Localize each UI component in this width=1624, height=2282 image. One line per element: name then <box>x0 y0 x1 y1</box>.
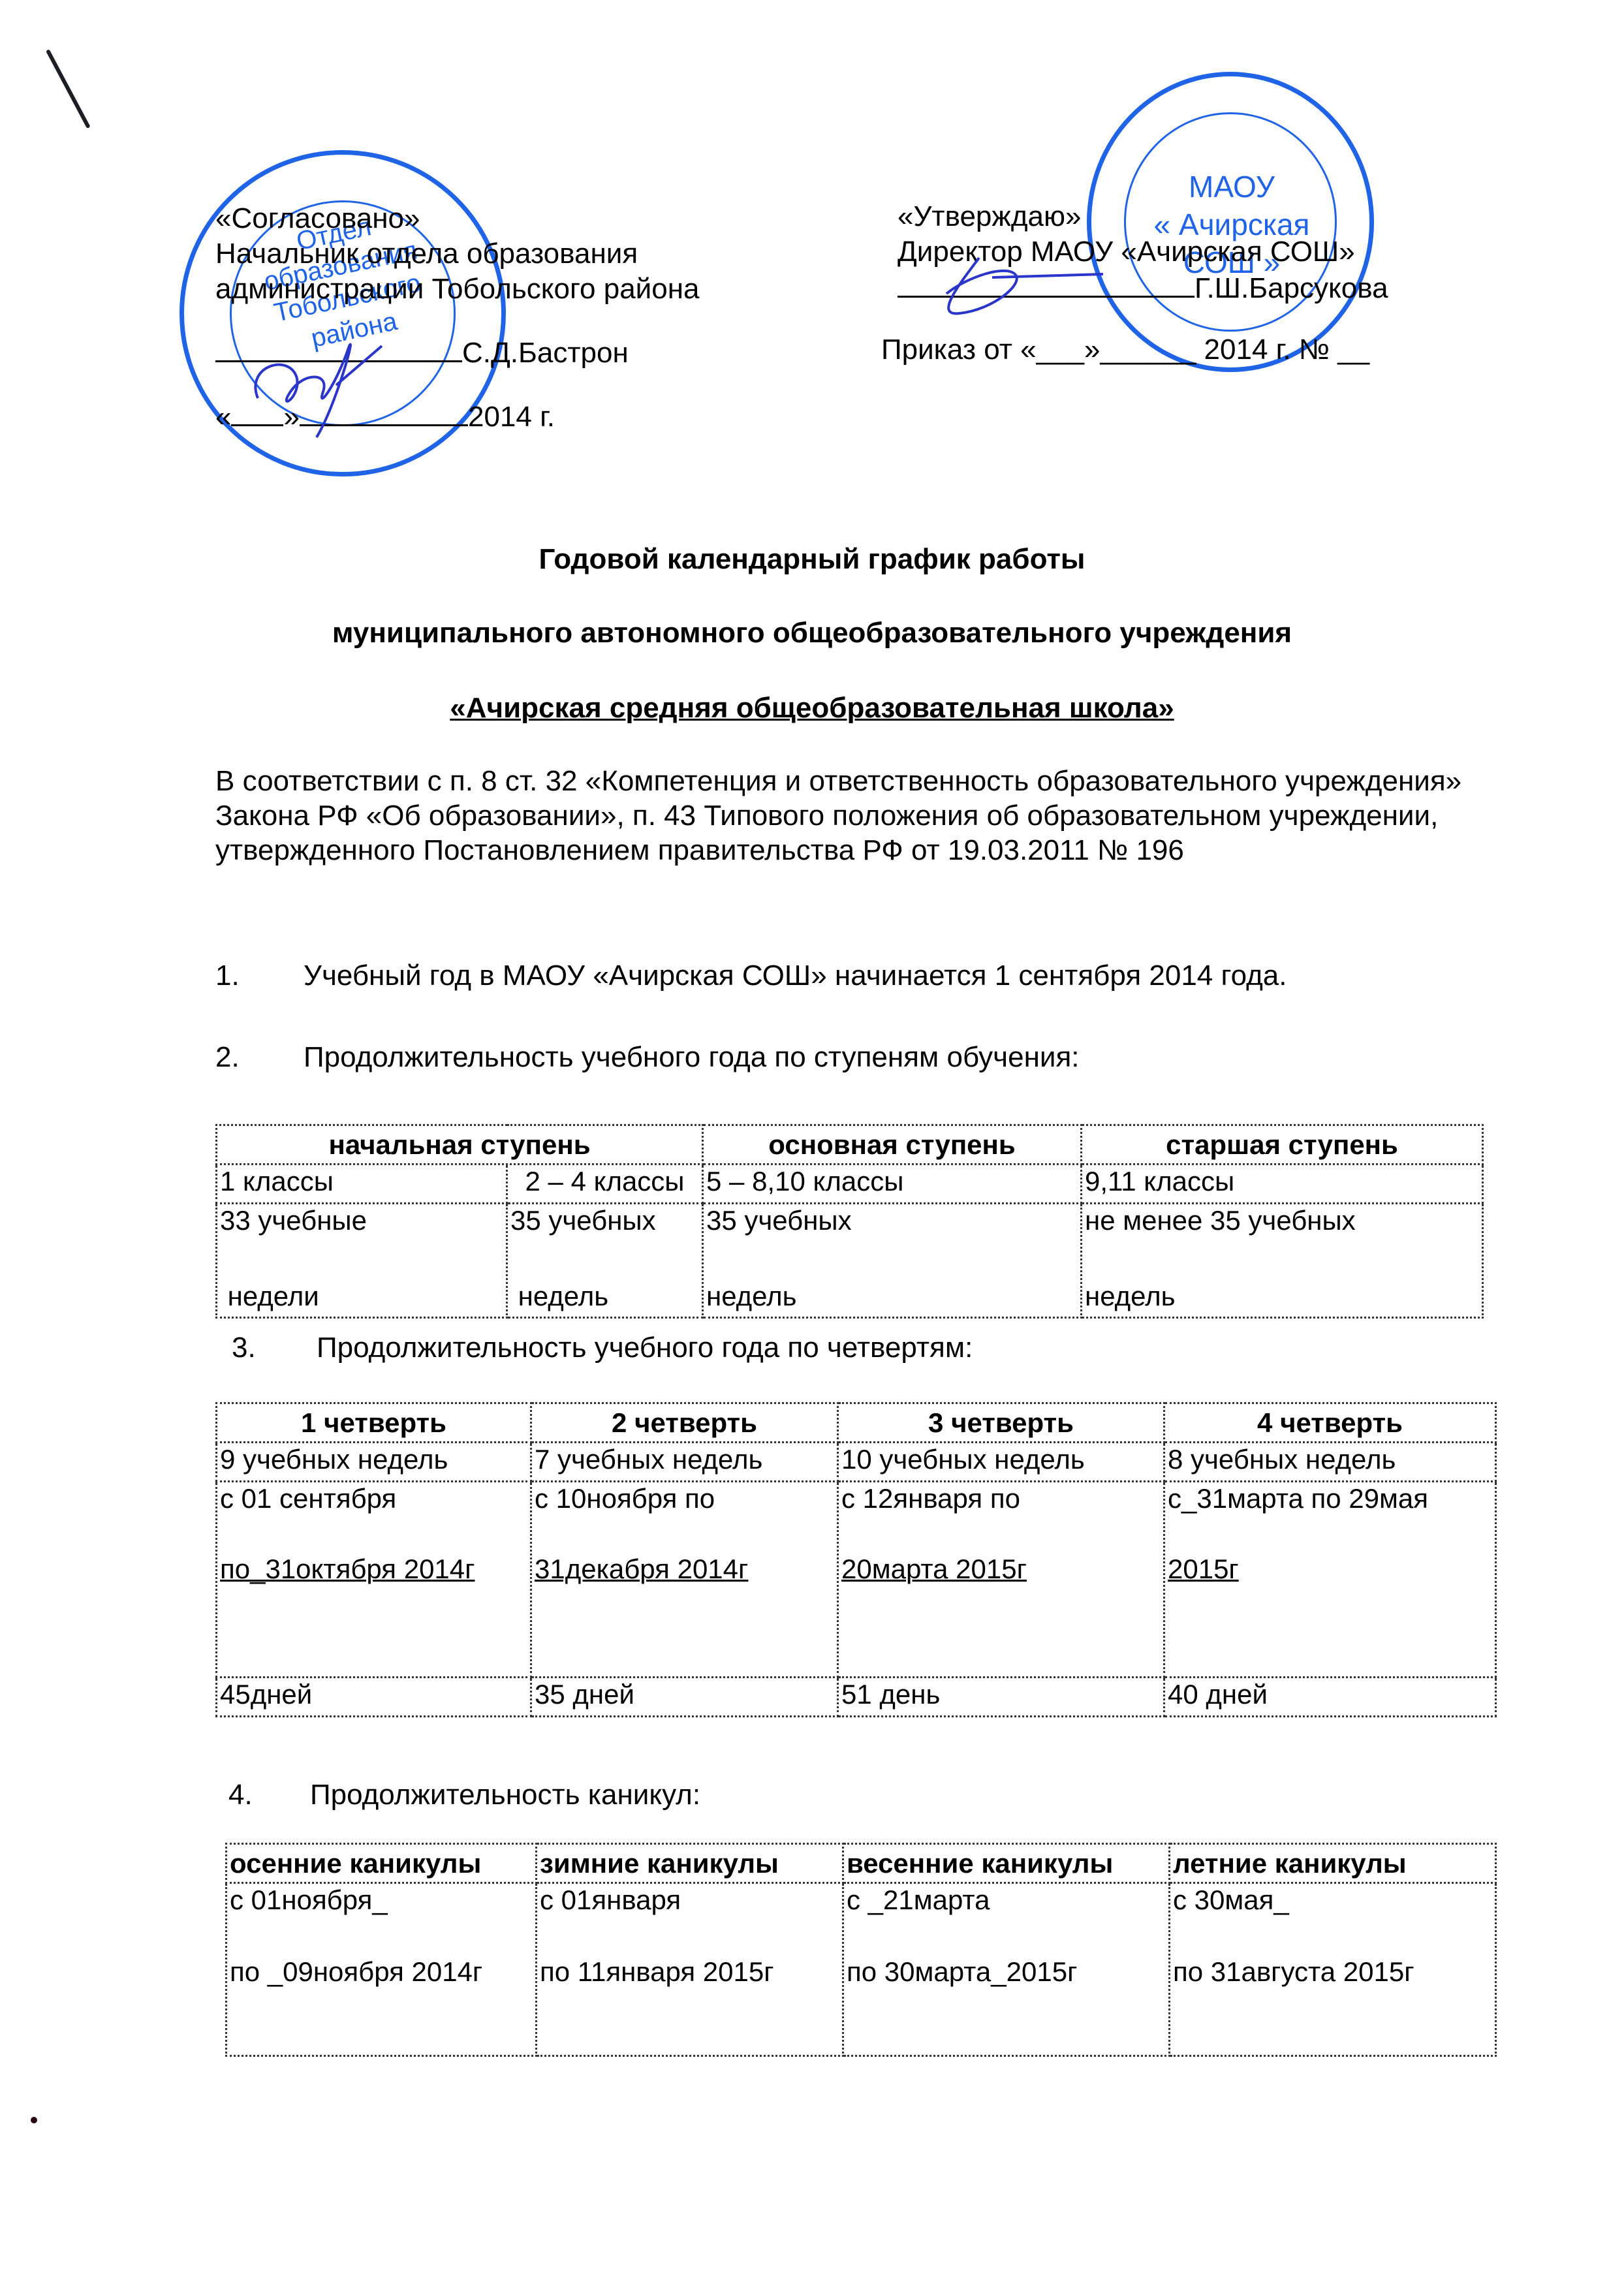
header-cell: 4 четверть <box>1164 1403 1496 1443</box>
table-row: с 01ноября_по _09ноября 2014г с 01января… <box>226 1883 1496 2056</box>
cell: 45дней <box>217 1678 531 1717</box>
quarters-table: 1 четверть 2 четверть 3 четверть 4 четве… <box>215 1402 1497 1717</box>
holidays-table: осенние каникулы зимние каникулы весенни… <box>225 1843 1497 2057</box>
cell: 2 – 4 классы <box>507 1164 703 1204</box>
signature-left-icon <box>219 307 414 450</box>
scan-speck <box>31 2117 37 2123</box>
cell: с 10ноября по31декабря 2014г <box>531 1482 838 1678</box>
cell: не менее 35 учебныхнедель <box>1082 1204 1483 1318</box>
approval-left-position-1: Начальник отдела образования <box>215 236 700 272</box>
cell: с 01январяпо 11января 2015г <box>537 1883 843 2056</box>
cell: с 01 сентябряпо_31октября 2014г <box>217 1482 531 1678</box>
table-row: осенние каникулы зимние каникулы весенни… <box>226 1844 1496 1883</box>
doc-title-line-3: «Ачирская средняя общеобразовательная шк… <box>0 692 1624 725</box>
cell: с 01ноября_по _09ноября 2014г <box>226 1883 537 2056</box>
header-cell: летние каникулы <box>1170 1844 1496 1883</box>
table-row: с 01 сентябряпо_31октября 2014г с 10нояб… <box>217 1482 1496 1678</box>
cell: 8 учебных недель <box>1164 1443 1496 1482</box>
header-cell: 2 четверть <box>531 1403 838 1443</box>
approval-left-label: «Согласовано» <box>215 201 700 236</box>
header-cell: 3 четверть <box>838 1403 1164 1443</box>
cell: 35 учебныхнедель <box>703 1204 1082 1318</box>
approval-left-signatory: С.Д.Бастрон <box>462 337 629 369</box>
cell: 9,11 классы <box>1082 1164 1483 1204</box>
item-1: 1.Учебный год в МАОУ «Ачирская СОШ» начи… <box>215 960 1287 992</box>
header-cell: зимние каникулы <box>537 1844 843 1883</box>
signature-right-icon <box>907 245 1116 330</box>
cell: с 30мая_по 31августа 2015г <box>1170 1883 1496 2056</box>
cell: 33 учебные недели <box>217 1204 507 1318</box>
table-row: начальная ступень основная ступень старш… <box>217 1125 1483 1164</box>
cell: 40 дней <box>1164 1678 1496 1717</box>
levels-table: начальная ступень основная ступень старш… <box>215 1124 1484 1319</box>
table-row: 1 классы 2 – 4 классы 5 – 8,10 классы 9,… <box>217 1164 1483 1204</box>
cell: 9 учебных недель <box>217 1443 531 1482</box>
header-cell: 1 четверть <box>217 1403 531 1443</box>
header-cell: начальная ступень <box>217 1125 703 1164</box>
approval-left-date: 2014 г. <box>468 401 555 433</box>
item-4: 4.Продолжительность каникул: <box>228 1779 700 1811</box>
staple-mark <box>46 49 91 129</box>
cell: 35 дней <box>531 1678 838 1717</box>
approval-right-label: «Утверждаю» <box>898 199 1388 234</box>
header-cell: основная ступень <box>703 1125 1082 1164</box>
header-cell: весенние каникулы <box>843 1844 1170 1883</box>
item-3: 3.Продолжительность учебного года по чет… <box>232 1332 973 1364</box>
approval-left-position-2: администрации Тобольского района <box>215 272 700 307</box>
cell: с 12января по20марта 2015г <box>838 1482 1164 1678</box>
cell: 1 классы <box>217 1164 507 1204</box>
header-cell: осенние каникулы <box>226 1844 537 1883</box>
cell: 10 учебных недель <box>838 1443 1164 1482</box>
preamble: В соответствии с п. 8 ст. 32 «Компетенци… <box>215 764 1488 867</box>
order-line: Приказ от «___»______ 2014 г. № __ <box>881 332 1388 367</box>
approval-right-signatory: Г.Ш.Барсукова <box>1195 272 1388 304</box>
cell: с_31марта по 29мая2015г <box>1164 1482 1496 1678</box>
table-row: 45дней 35 дней 51 день 40 дней <box>217 1678 1496 1717</box>
header-cell: старшая ступень <box>1082 1125 1483 1164</box>
item-2: 2.Продолжительность учебного года по сту… <box>215 1041 1080 1074</box>
table-row: 33 учебные недели 35 учебных недель 35 у… <box>217 1204 1483 1318</box>
cell: 5 – 8,10 классы <box>703 1164 1082 1204</box>
cell: 7 учебных недель <box>531 1443 838 1482</box>
doc-title-line-1: Годовой календарный график работы <box>0 543 1624 576</box>
cell: 51 день <box>838 1678 1164 1717</box>
cell: с _21мартапо 30марта_2015г <box>843 1883 1170 2056</box>
table-row: 1 четверть 2 четверть 3 четверть 4 четве… <box>217 1403 1496 1443</box>
table-row: 9 учебных недель 7 учебных недель 10 уче… <box>217 1443 1496 1482</box>
cell: 35 учебных недель <box>507 1204 703 1318</box>
doc-title-line-2: муниципального автономного общеобразоват… <box>0 617 1624 649</box>
